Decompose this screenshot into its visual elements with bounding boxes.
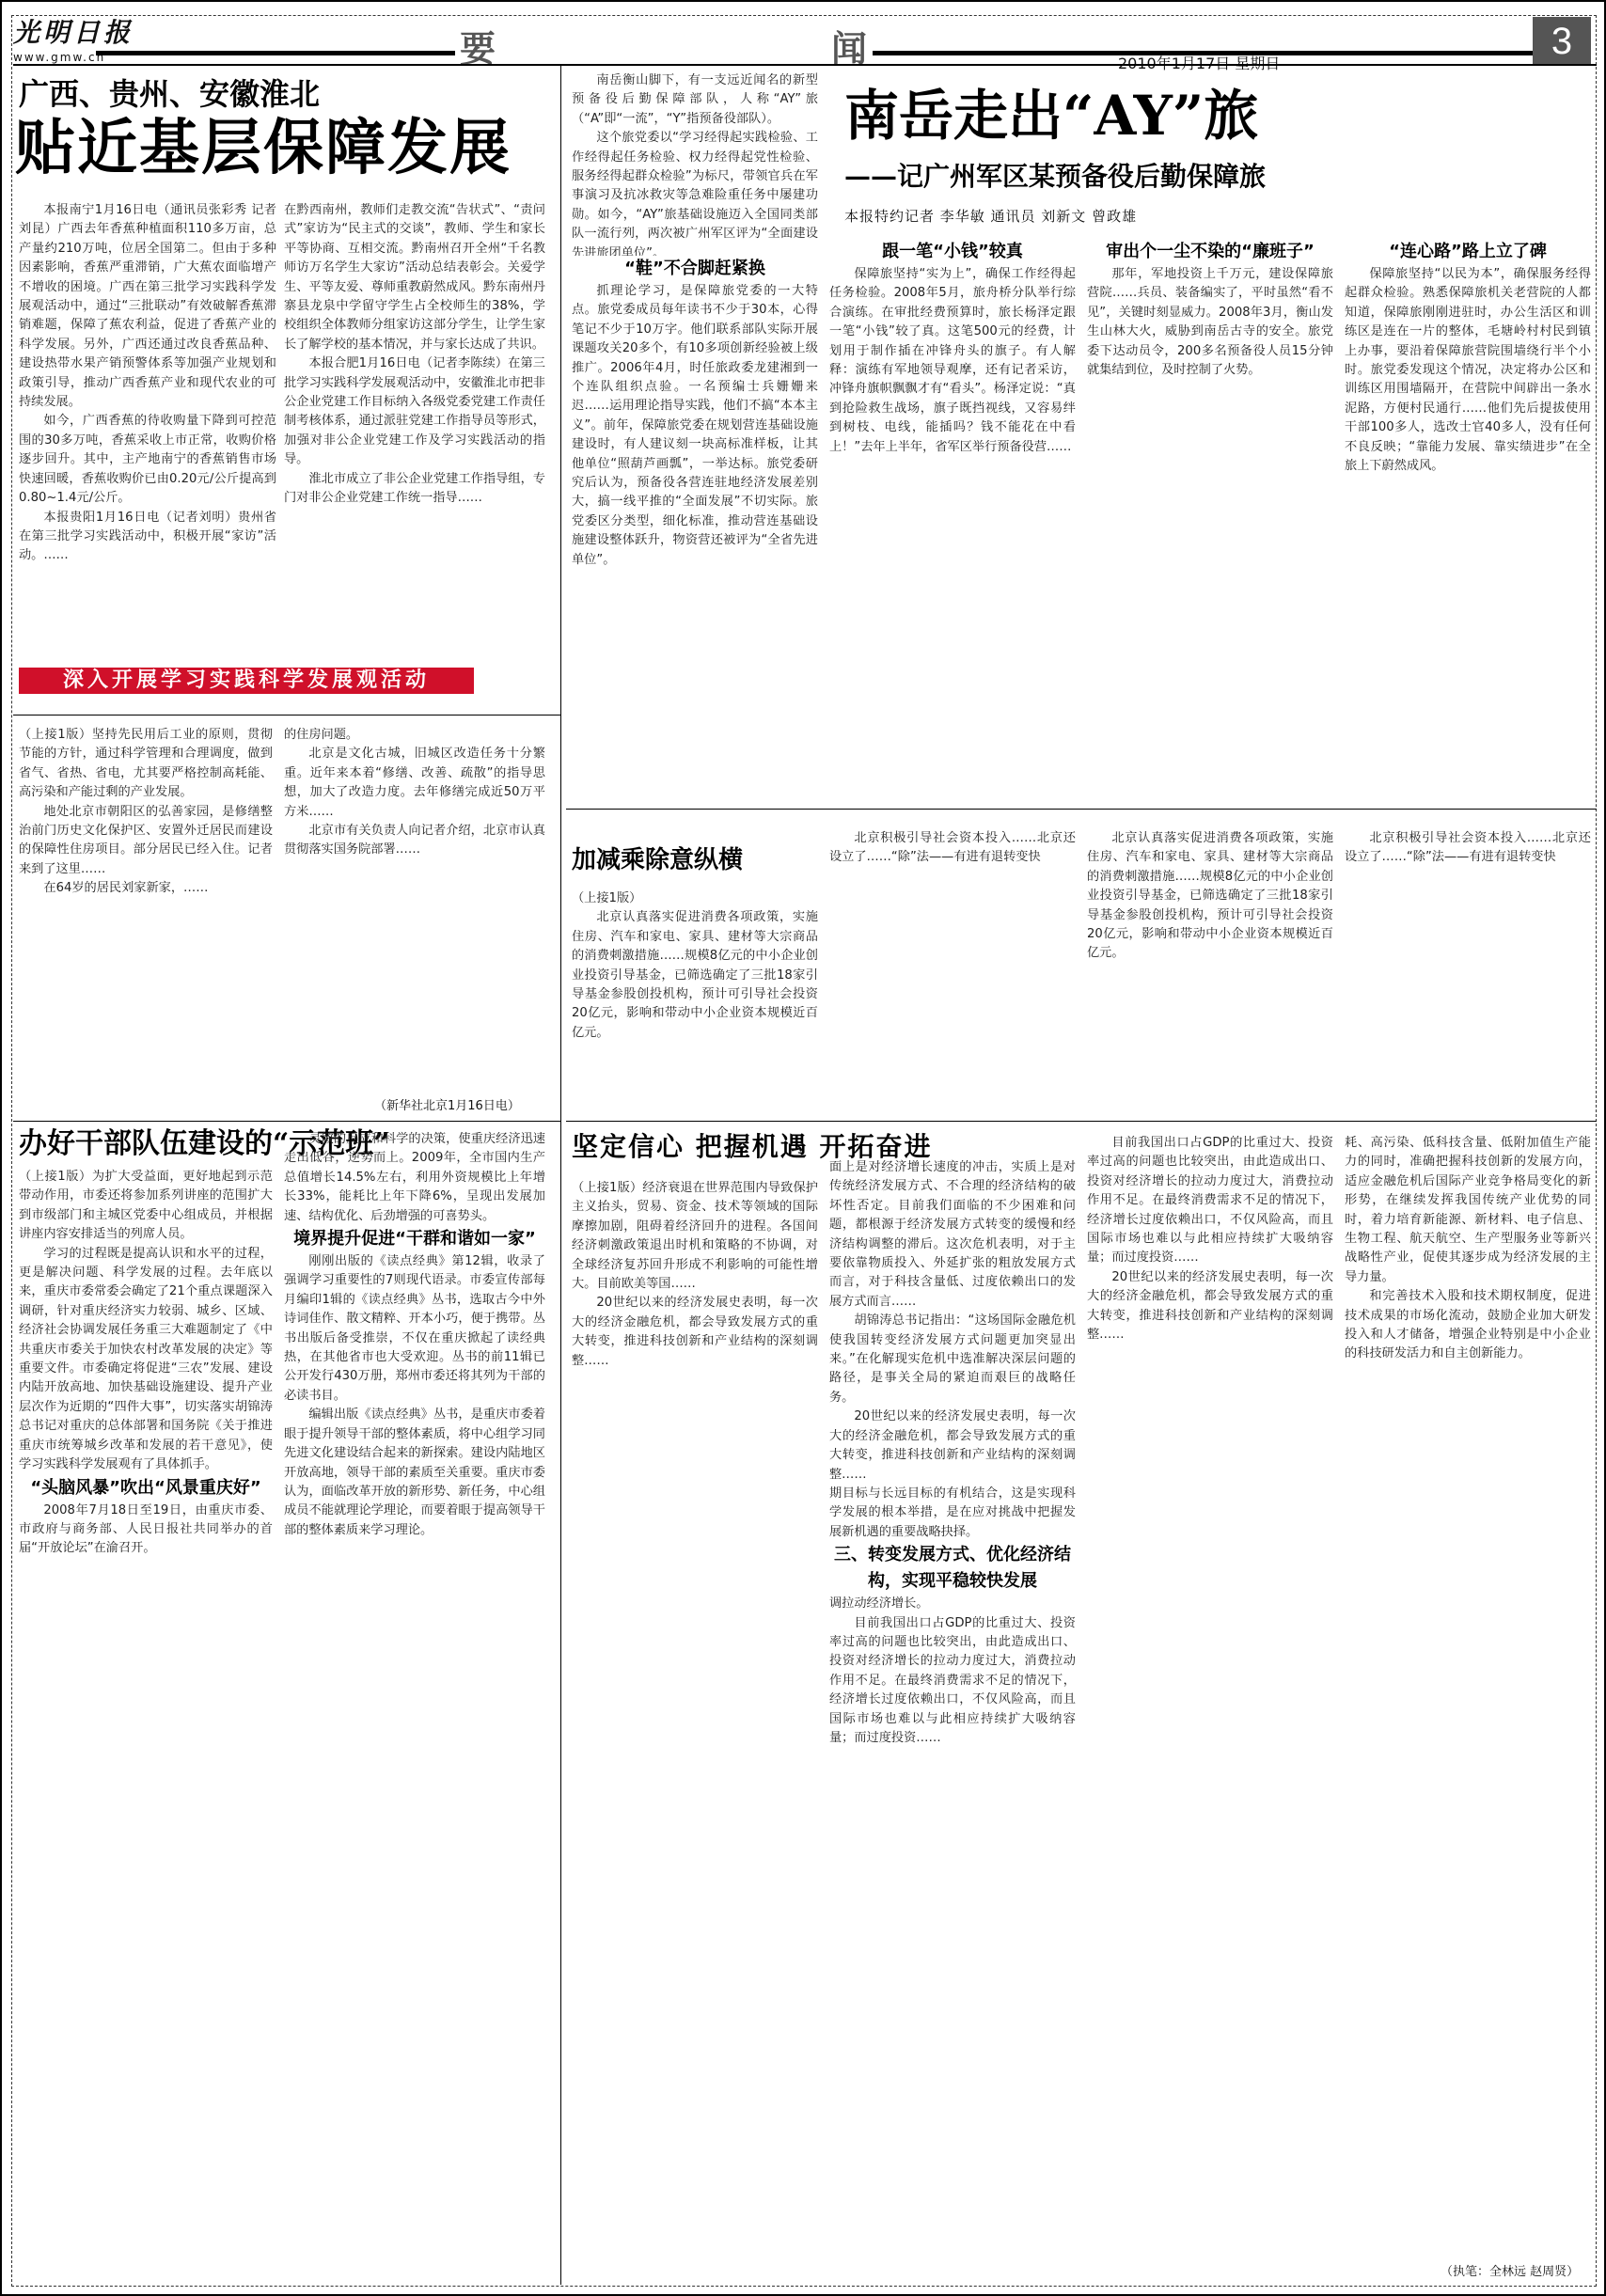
page-number: 3 <box>1533 17 1591 66</box>
ay-body-col-2: 跟一笔“小钱”较真 保障旅坚持“实为上”，确保工作经得起任务检验。2008年5月… <box>829 239 1076 782</box>
jiajian-body-col-1: （上接1版） 北京认真落实促进消费各项政策，实施住房、汽车和家电、家具、建材等大… <box>572 889 818 1111</box>
subhead: 跟一笔“小钱”较真 <box>829 239 1076 265</box>
beijing-body-col-1: （上接1版）坚持先民用后工业的原则，贯彻节能的方针，通过科学管理和合理调度，做到… <box>19 726 273 1091</box>
news-agency-credit: （新华社北京1月16日电） <box>374 1098 520 1115</box>
section-divider <box>566 1121 1597 1122</box>
beijing-body-col-2: 的住房问题。 北京是文化古城，旧城区改造任务十分繁重。近年来本着“修缮、改善、疏… <box>284 726 545 1091</box>
ay-lead: 南岳衡山脚下，有一支远近闻名的新型预备役后勤保障部队，人称“AY”旅（“A”即“… <box>572 71 818 256</box>
chongqing-body-col-2: 灵敏的反应和科学的决策，使重庆经济迅速走出低谷，逆势而上。2009年，全市国内生… <box>284 1130 545 2287</box>
subhead: “头脑风暴”吹出“风景重庆好” <box>19 1475 273 1502</box>
subhead: 三、转变发展方式、优化经济结构，实现平稳较快发展 <box>829 1542 1076 1595</box>
column-rule <box>560 64 561 2285</box>
ay-byline: 本报特约记者 李华敏 通讯员 刘新文 曾政雄 <box>844 207 1137 226</box>
newspaper-page: 光明日报 www.gmw.cn 要 闻 2010年1月17日 星期日 3 广西、… <box>0 0 1606 2296</box>
masthead-rule-left <box>96 51 455 55</box>
section-divider <box>13 1121 560 1122</box>
article-body-col-2: 在黔西南州，教师们走教交流“告状式”、“责问式”家访为“民主式的交谈”，教师、学… <box>284 201 545 662</box>
jiajian-body-col-3: 北京认真落实促进消费各项政策，实施住房、汽车和家电、家具、建材等大宗商品的消费刺… <box>1087 829 1333 1111</box>
newspaper-logo: 光明日报 <box>13 19 134 47</box>
chongqing-body-col-1: （上接1版）为扩大受益面，更好地起到示范带动作用，市委还将参加系列讲座的范围扩大… <box>19 1168 273 2287</box>
subhead: 境界提升促进“干群和谐如一家” <box>284 1226 545 1252</box>
ay-body-col-4: “连心路”路上立了碑 保障旅坚持“以民为本”，确保服务经得起群众检验。熟悉保障旅… <box>1345 239 1591 782</box>
section-divider <box>566 809 1597 810</box>
jiajian-headline: 加减乘除意纵横 <box>572 848 743 873</box>
economy-headline: 坚定信心 把握机遇 开拓奋进 <box>572 1134 933 1160</box>
economy-body-col-2: 面上是对经济增长速度的冲击，实质上是对传统经济发展方式、不合理的经济结构的破坏性… <box>829 1158 1076 2285</box>
masthead: 光明日报 www.gmw.cn 要 闻 2010年1月17日 星期日 3 <box>13 15 1602 64</box>
ay-headline: 南岳走出“AY”旅 <box>844 88 1258 143</box>
author-credit: （执笔：全林远 赵周贤） <box>1441 2264 1579 2281</box>
jiajian-body-col-4: 北京积极引导社会资本投入……北京还设立了……“除”法——有进有退转变快 <box>1345 829 1591 1111</box>
website-url[interactable]: www.gmw.cn <box>13 51 105 64</box>
jiajian-body-col-2: 北京积极引导社会资本投入……北京还设立了……“除”法——有进有退转变快 <box>829 829 1076 1111</box>
economy-body-col-3: 目前我国出口占GDP的比重过大、投资率过高的问题也比较突出，由此造成出口、投资对… <box>1087 1134 1333 2285</box>
masthead-bottom-rule <box>13 64 1597 66</box>
economy-body-col-1: （上接1版）经济衰退在世界范围内导致保护主义抬头，贸易、资金、技术等领域的国际摩… <box>572 1179 818 2285</box>
ay-body-col-1: “鞋”不合脚赶紧换 抓理论学习，是保障旅党委的一大特点。旅党委成员每年读书不少于… <box>572 256 818 782</box>
subhead: “连心路”路上立了碑 <box>1345 239 1591 265</box>
ay-subheadline: ——记广州军区某预备役后勤保障旅 <box>844 164 1266 190</box>
article-kicker: 广西、贵州、安徽淮北 <box>19 79 320 109</box>
subhead: “鞋”不合脚赶紧换 <box>572 256 818 282</box>
section-divider <box>13 715 560 716</box>
campaign-banner: 深入开展学习实践科学发展观活动 <box>19 668 474 694</box>
subhead: 审出个一尘不染的“廉班子” <box>1087 239 1333 265</box>
ay-body-col-3: 审出个一尘不染的“廉班子” 那年，军地投资上千万元，建设保障旅营院……兵员、装备… <box>1087 239 1333 782</box>
article-headline: 贴近基层保障发展 <box>15 118 512 179</box>
article-body-col-1: 本报南宁1月16日电（通讯员张彩秀 记者刘昆）广西去年香蕉种植面积110多万亩，… <box>19 201 276 662</box>
economy-body-col-4: 耗、高污染、低科技含量、低附加值生产能力的同时，准确把握科技创新的发展方向，适应… <box>1345 1134 1591 2245</box>
